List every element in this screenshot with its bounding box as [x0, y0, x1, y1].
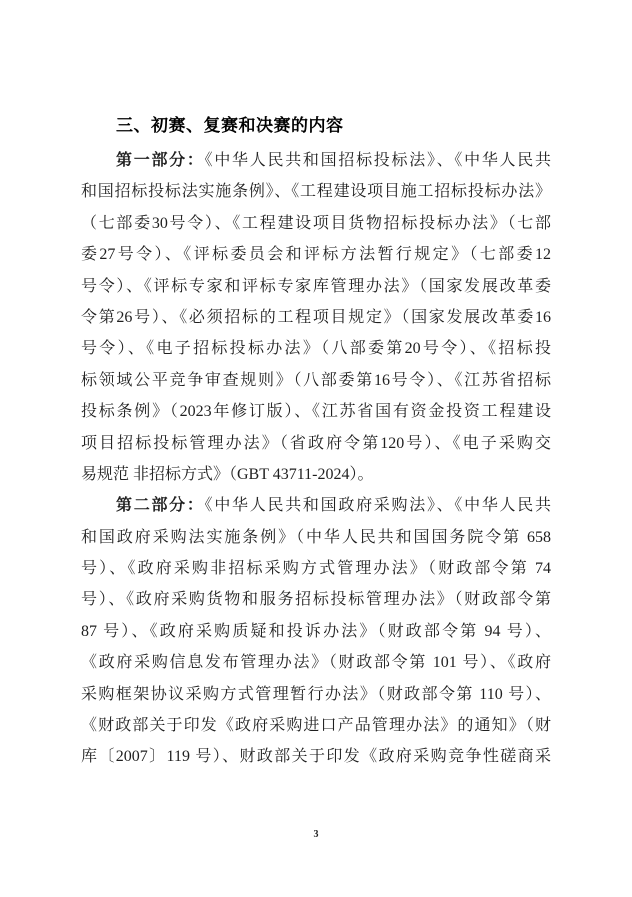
- para2-line-1: 第二部分：《中华人民共和国政府采购法》、《中华人民共: [81, 490, 551, 521]
- para1-lead-label: 第一部分：: [116, 152, 205, 169]
- para2-line-7: 采购框架协议采购方式管理暂行办法》（财政部令第 110 号）、: [81, 679, 551, 710]
- para1-line-1-text: 《中华人民共和国招标投标法》、《中华人民共: [205, 152, 551, 169]
- para2-line-6: 《政府采购信息发布管理办法》（财政部令第 101 号）、《政府: [81, 647, 551, 678]
- para1-line-4: 委27号令）、《评标委员会和评标方法暂行规定》（七部委12: [81, 239, 551, 270]
- para1-line-2: 和国招标投标法实施条例》、《工程建设项目施工招标投标办法》: [81, 176, 551, 207]
- para1-line-3: （七部委30号令）、《工程建设项目货物招标投标办法》（七部: [81, 208, 551, 239]
- para1-line-6: 令第26号）、《必须招标的工程项目规定》（国家发展改革委16: [81, 302, 551, 333]
- para1-line-11: 易规范 非招标方式》（GBT 43711-2024）。: [81, 459, 551, 490]
- para1-line-8: 标领域公平竞争审查规则》（八部委第16号令）、《江苏省招标: [81, 365, 551, 396]
- para1-line-7: 号令）、《电子招标投标办法》（八部委第20号令）、《招标投: [81, 333, 551, 364]
- para2-line-4: 号）、《政府采购货物和服务招标投标管理办法》（财政部令第: [81, 584, 551, 615]
- para1-line-5: 号令）、《评标专家和评标专家库管理办法》（国家发展改革委: [81, 271, 551, 302]
- para2-line-2: 和国政府采购法实施条例》（中华人民共和国国务院令第 658: [81, 522, 551, 553]
- para1-line-10: 项目招标投标管理办法》（省政府令第120号）、《电子采购交: [81, 428, 551, 459]
- document-page-body: 三、初赛、复赛和决赛的内容 第一部分：《中华人民共和国招标投标法》、《中华人民共…: [81, 109, 551, 773]
- para2-line-1-text: 《中华人民共和国政府采购法》、《中华人民共: [205, 497, 551, 514]
- para2-line-3: 号）、《政府采购非招标采购方式管理办法》（财政部令第 74: [81, 553, 551, 584]
- page-number: 3: [0, 829, 632, 840]
- para2-lead-label: 第二部分：: [116, 497, 205, 514]
- para1-line-9: 投标条例》（2023年修订版）、《江苏省国有资金投资工程建设: [81, 396, 551, 427]
- section-heading: 三、初赛、复赛和决赛的内容: [81, 109, 551, 142]
- para2-line-9: 库〔2007〕119 号）、财政部关于印发《政府采购竞争性磋商采: [81, 741, 551, 772]
- para1-line-1: 第一部分：《中华人民共和国招标投标法》、《中华人民共: [81, 145, 551, 176]
- para2-line-8: 《财政部关于印发《政府采购进口产品管理办法》的通知》（财: [81, 710, 551, 741]
- para2-line-5: 87 号）、《政府采购质疑和投诉办法》（财政部令第 94 号）、: [81, 616, 551, 647]
